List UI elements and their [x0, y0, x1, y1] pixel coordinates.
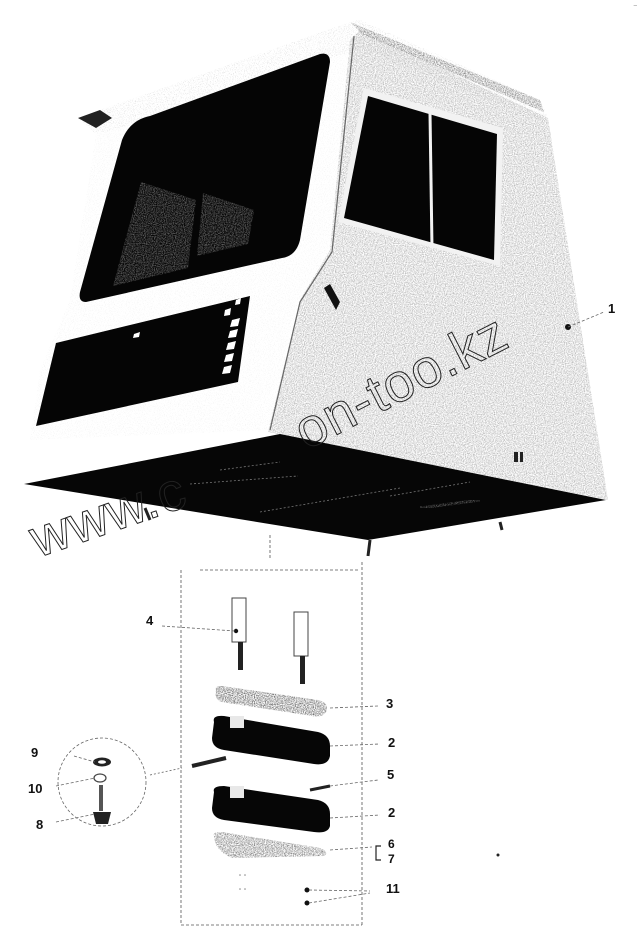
- callout-10: 10: [28, 782, 42, 795]
- callout-4: 4: [146, 614, 153, 627]
- callout-11: 11: [386, 882, 400, 895]
- part-11-nut-2: [305, 901, 310, 906]
- part-2-upper-mount: [212, 716, 330, 764]
- part-3-plate: [216, 686, 327, 717]
- part-5-pin-right: [310, 786, 330, 790]
- part-2-lower-mount: [212, 786, 330, 832]
- callout-7: 7: [388, 853, 395, 865]
- part-4-bolts: [232, 598, 308, 684]
- bracket-6-7: [376, 846, 381, 860]
- callout-1: 1: [608, 302, 615, 315]
- callout-2-lower: 2: [388, 806, 395, 819]
- callout-2-upper: 2: [388, 736, 395, 749]
- callout-9: 9: [31, 746, 38, 759]
- part-11-nut-1: [305, 888, 310, 893]
- diagram-canvas: www.c on-too.kz 1 4 3 2 5 2 6 7 11 9 10 …: [0, 0, 641, 935]
- callout-5: 5: [387, 768, 394, 781]
- corner-mark: –: [634, 3, 637, 9]
- cab-body: [24, 20, 608, 556]
- part-6-7-pad: [214, 832, 327, 858]
- callout-3: 3: [386, 697, 393, 710]
- part-5-pin-left: [192, 758, 226, 766]
- callout-6: 6: [388, 838, 395, 850]
- callout-8: 8: [36, 818, 43, 831]
